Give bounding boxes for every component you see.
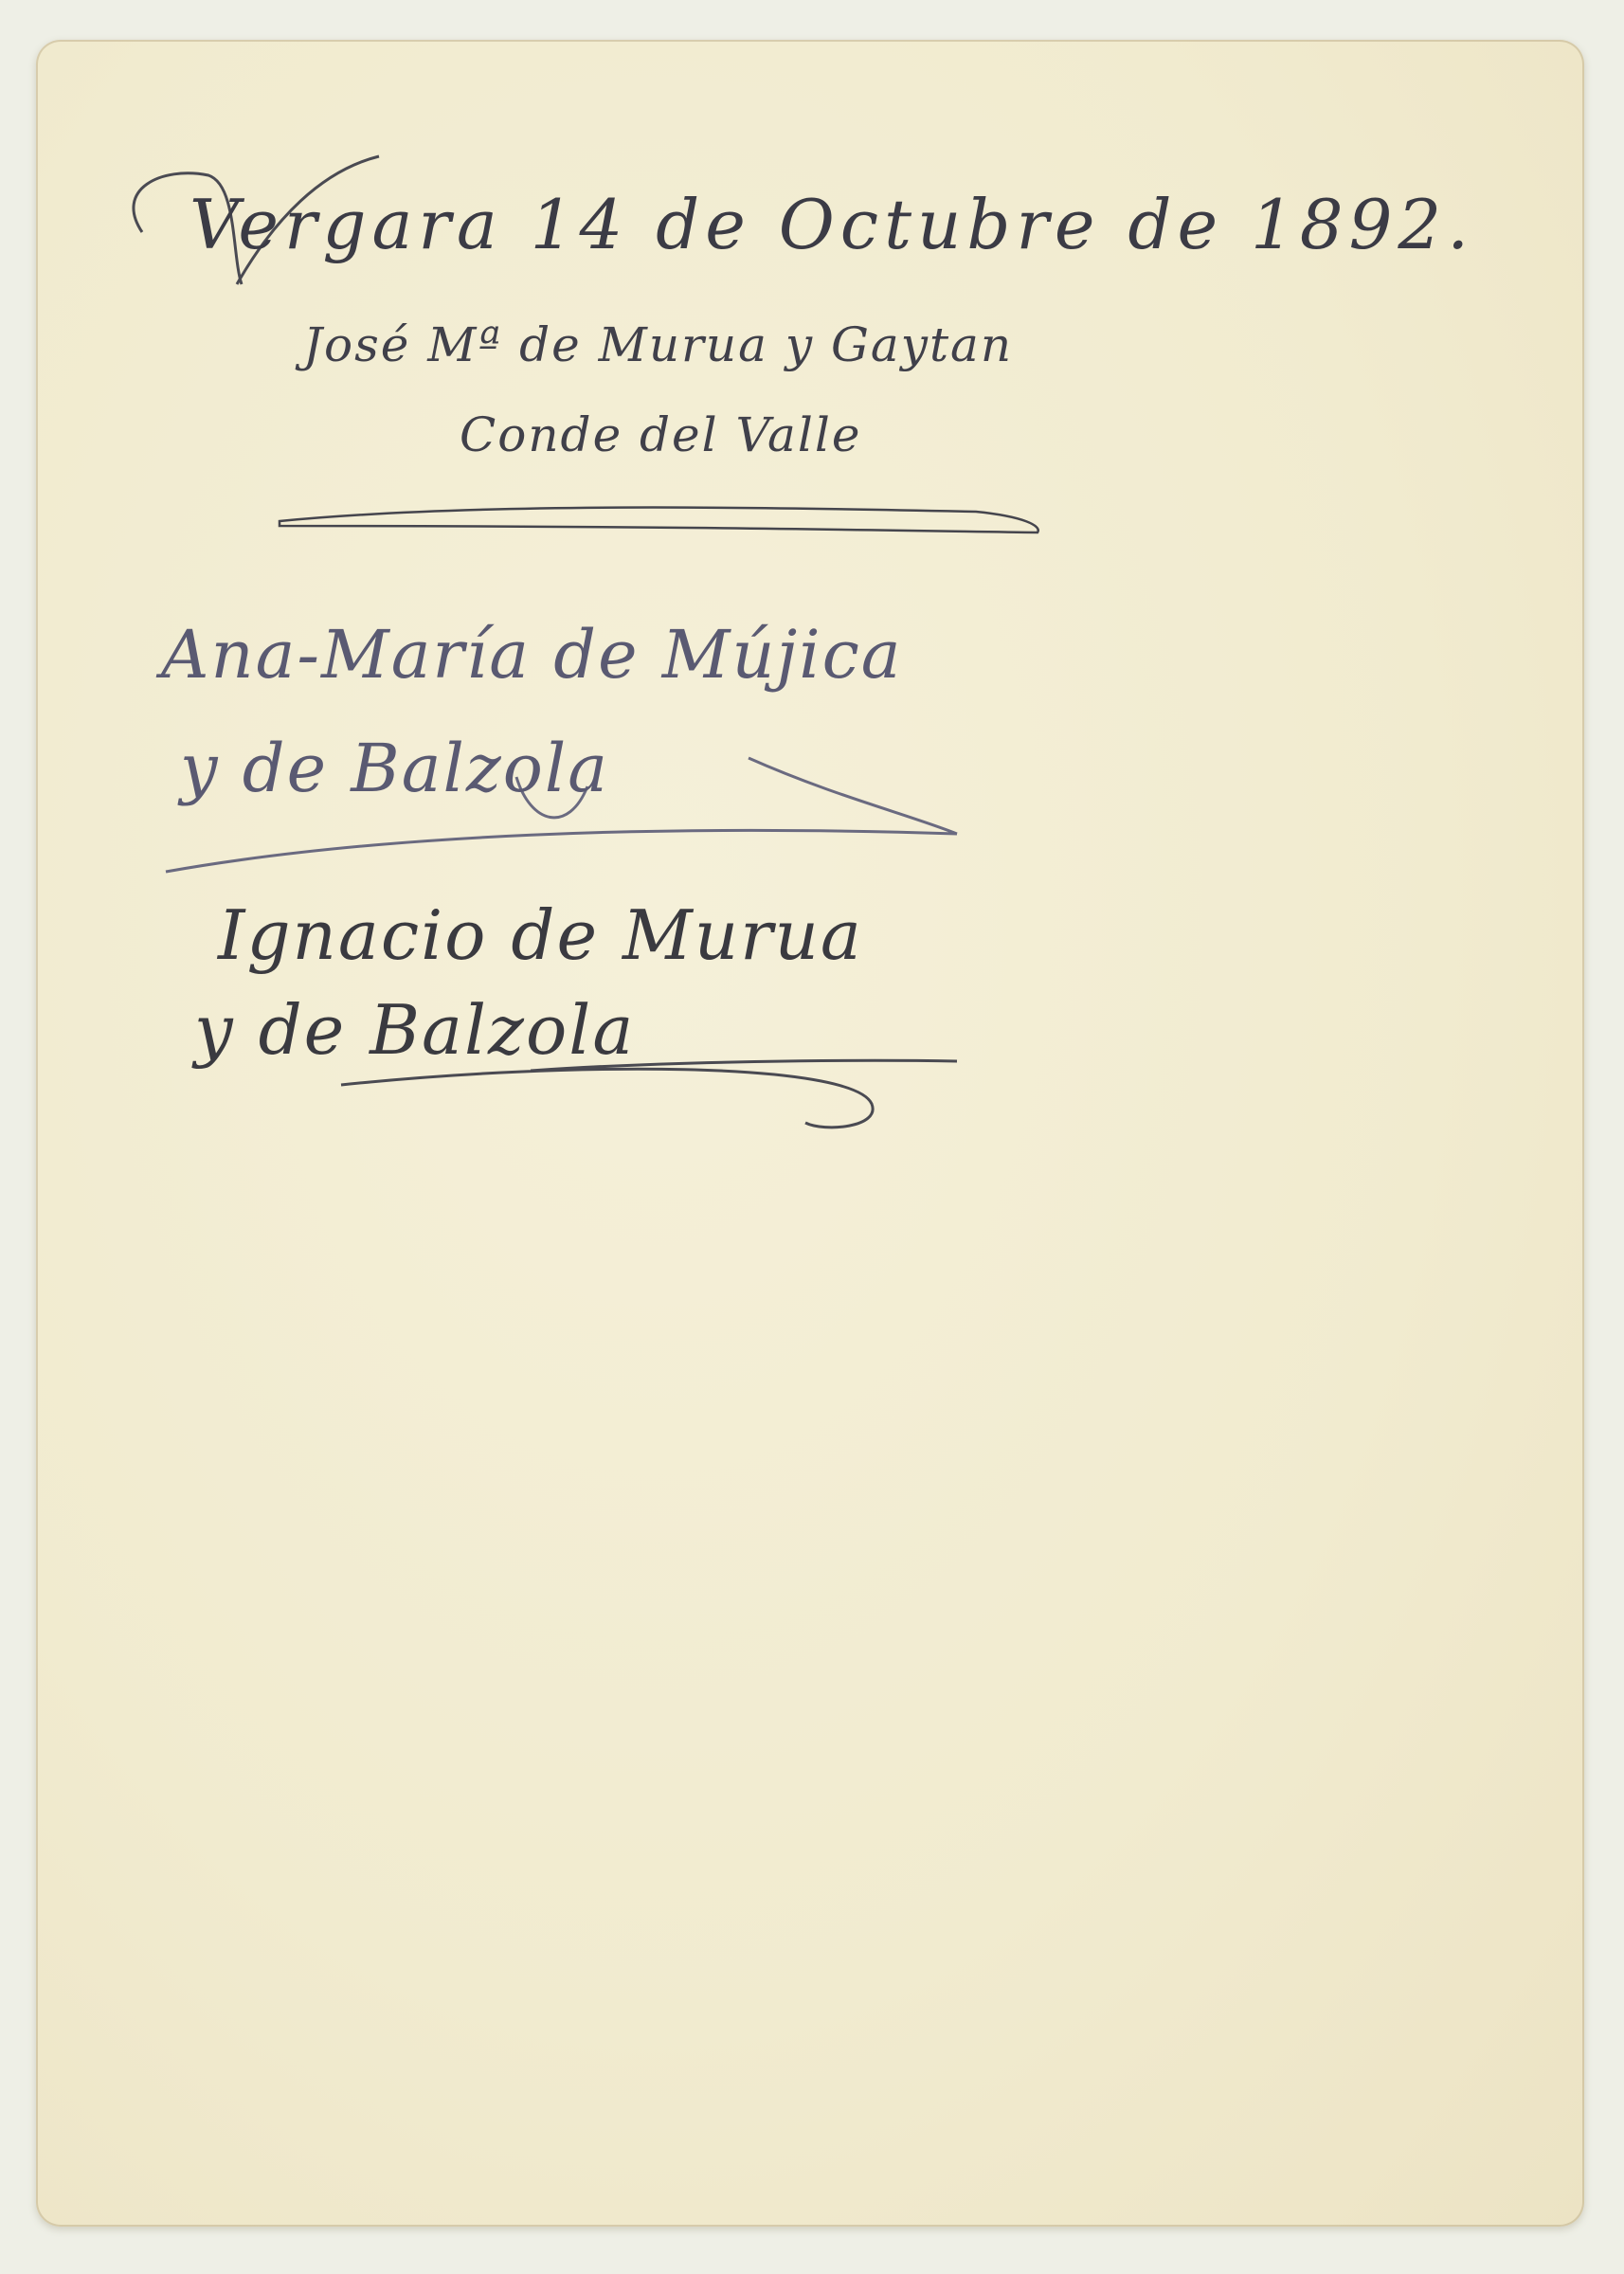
signature-jose-maria-title: Conde del Valle <box>460 407 861 462</box>
place-date-line: Vergara 14 de Octubre de 1892. <box>189 185 1474 264</box>
signature-ana-maria-line1: Ana-María de Mújica <box>161 616 903 694</box>
signature-jose-maria-name: José Mª de Murua y Gaytan <box>303 317 1013 372</box>
signature-ana-maria-line2: y de Balzola <box>180 730 609 807</box>
signature-ignacio-line1: Ignacio de Murua <box>218 895 863 975</box>
signature-ignacio-line2: y de Balzola <box>194 990 635 1070</box>
